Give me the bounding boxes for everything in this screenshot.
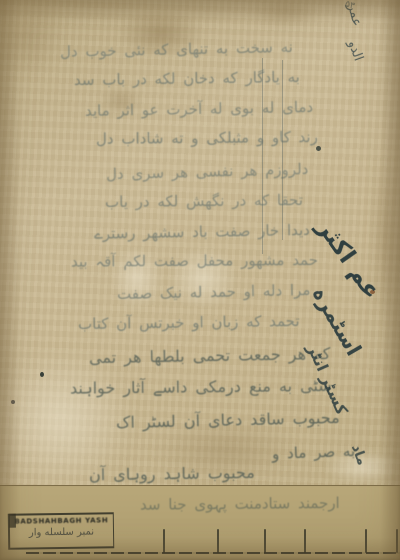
manuscript-line: حمد مشهور محفل صفت لکم آقہ بید	[71, 251, 318, 271]
manuscript-line: محبوب ساقد دعای آن لسٹر اک	[116, 408, 340, 432]
ink-speck	[40, 372, 44, 377]
register-tick-mark	[264, 529, 266, 553]
corner-note: الدو	[345, 39, 366, 64]
stain	[250, 0, 320, 30]
stain	[0, 0, 65, 80]
register-tick-mark	[396, 529, 398, 553]
manuscript-line: مرا دله او حمد له نیک صفت	[116, 281, 310, 303]
ink-speck	[316, 146, 321, 151]
manuscript-line: تحمد که زبان او خبرتس آن کتاب	[78, 312, 300, 333]
stain	[370, 150, 400, 330]
manuscript-line: محبوب شاہد روہای آن	[89, 463, 255, 484]
stamp-latin-text: BADSHAHBAGH YASH	[10, 516, 113, 525]
fold-crease-line	[282, 60, 283, 240]
library-stamp: BADSHAHBAGH YASH نمبر سلسله وار	[8, 512, 114, 549]
manuscript-line: دمای له بوی له آخرت عو اثر ماید	[85, 98, 313, 120]
register-tick-mark	[365, 529, 367, 553]
ink-speck	[11, 400, 15, 404]
register-tick-mark	[163, 529, 165, 553]
manuscript-line: به صر ماد و	[272, 442, 356, 463]
manuscript-line: دیدا خار صفت باد سشهر رسترے	[94, 221, 310, 243]
margin-note: ماد	[348, 442, 370, 467]
register-rule-line	[26, 552, 400, 554]
manuscript-line: ارجمند ستادمنت پہوی جنا سد	[140, 494, 340, 514]
manuscript-line: رند کاو و مثبلکی و ته شاداب دل	[96, 128, 318, 148]
manuscript-line: نه سخت به تنهای که نئی خوب دل	[60, 38, 293, 61]
manuscript-page: BADSHAHBAGH YASH نمبر سلسله وار نه سخت ب…	[0, 0, 400, 560]
register-tick-mark	[217, 529, 219, 553]
manuscript-line: به یادگار که دخان لکه در باب سد	[74, 68, 300, 89]
manuscript-line: که هر جمعت تحمی بلطها هر تمی	[89, 344, 331, 367]
corner-note: عمر	[344, 2, 364, 28]
manuscript-line: سٹی به منع درمکی داسے آثار خواہند	[70, 376, 332, 398]
register-tick-mark	[304, 529, 306, 553]
stamp-urdu-text: نمبر سلسله وار	[10, 526, 113, 538]
manuscript-line: دلروزم هر نفسی هر سری دل	[106, 160, 309, 183]
manuscript-line: تحقا که در نگهش لکه در یاب	[105, 191, 303, 211]
